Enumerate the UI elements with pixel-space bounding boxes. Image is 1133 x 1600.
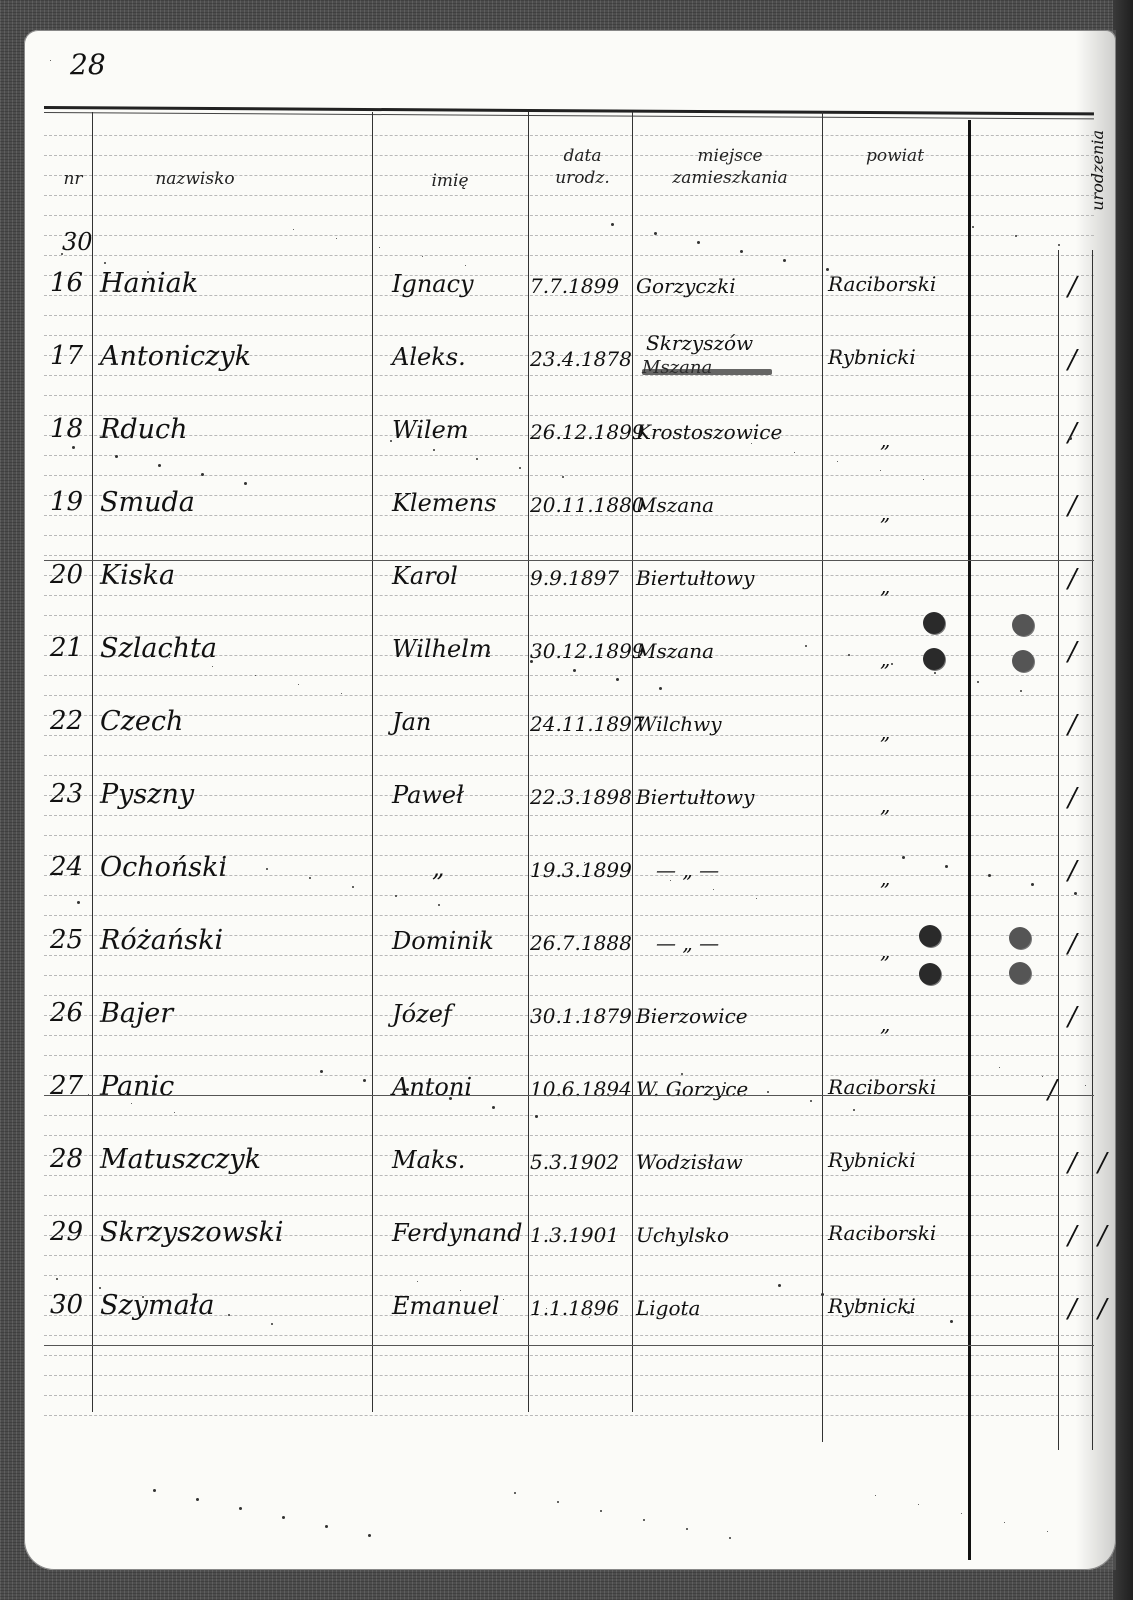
scan-speck	[244, 482, 247, 485]
scan-speck	[368, 1534, 371, 1537]
scan-speck	[659, 687, 662, 690]
cell-residence: Ligota	[636, 1296, 700, 1320]
ruled-line	[44, 215, 1094, 216]
cell-surname: Szlachta	[100, 633, 217, 664]
scan-speck	[557, 1501, 559, 1503]
scan-speck	[158, 464, 161, 467]
scan-speck	[147, 271, 149, 273]
punch-hole	[919, 963, 941, 985]
column-divider-nr	[92, 112, 93, 1412]
cell-given-name: Emanuel	[392, 1292, 499, 1320]
punch-hole	[919, 925, 941, 947]
cell-given-name: Wilem	[392, 416, 469, 444]
cell-surname: Skrzyszowski	[100, 1217, 284, 1248]
scan-speck	[1020, 690, 1022, 692]
scan-speck	[1047, 1531, 1048, 1532]
ruled-line	[44, 255, 1094, 256]
ruled-line	[44, 535, 1094, 536]
row-number: 23	[50, 779, 83, 809]
cell-birth-date: 30.1.1879	[530, 1004, 632, 1028]
ruled-line	[44, 695, 1094, 696]
scan-speck	[616, 678, 619, 681]
scan-speck	[783, 259, 786, 262]
column-divider-extra1	[1058, 250, 1059, 1450]
scan-speck	[562, 476, 564, 478]
scan-speck	[417, 1281, 418, 1282]
scan-speck	[309, 877, 311, 879]
ruled-line	[44, 915, 1094, 916]
ruled-line	[44, 1215, 1094, 1216]
scan-speck	[751, 443, 752, 444]
scan-speck	[589, 1317, 590, 1318]
cell-count: /	[1068, 491, 1077, 521]
scan-speck	[1069, 437, 1072, 440]
ruled-line	[44, 375, 1094, 376]
scan-speck	[438, 904, 440, 906]
column-header-given-name: imię	[395, 170, 505, 192]
cell-given-name: Aleks.	[392, 343, 466, 371]
column-divider-surname	[372, 112, 373, 1412]
cell-surname: Szymała	[100, 1290, 215, 1321]
cell-given-name: Antoni	[392, 1073, 472, 1101]
cell-count: /	[1068, 637, 1077, 667]
row-number: 20	[50, 560, 83, 590]
cell-county: Raciborski	[828, 1221, 936, 1245]
cell-residence: — „ —	[656, 931, 719, 955]
cell-residence: Gorzyczki	[636, 274, 736, 298]
cell-county: Raciborski	[828, 272, 936, 296]
column-header-nr: nr	[55, 168, 91, 190]
cell-birth-date: 24.11.1897	[530, 712, 645, 736]
ruled-line	[44, 995, 1094, 996]
scan-speck	[670, 880, 671, 881]
cell-surname: Panic	[100, 1071, 174, 1102]
ruled-line	[44, 335, 1094, 336]
scan-speck	[1042, 1076, 1043, 1077]
ruled-line	[44, 1075, 1094, 1076]
scan-speck	[697, 241, 700, 244]
scan-speck	[379, 247, 380, 248]
ruled-line	[44, 1135, 1094, 1136]
scan-speck	[196, 1498, 199, 1501]
column-header-residence-line2: zamieszkania	[640, 167, 820, 189]
scan-speck	[201, 473, 204, 476]
cell-count: /	[1068, 856, 1077, 886]
cell-county: „	[880, 647, 890, 671]
ruled-line	[44, 1375, 1094, 1376]
scan-speck	[153, 1489, 156, 1492]
scan-speck	[422, 256, 423, 257]
cell-count-secondary: /	[1098, 1148, 1107, 1178]
cell-given-name: Jan	[392, 708, 431, 736]
ruled-line	[44, 1355, 1094, 1356]
scan-speck	[778, 1284, 781, 1287]
row-number: 24	[50, 852, 83, 882]
ruled-line	[44, 815, 1094, 816]
ruled-line	[44, 235, 1094, 236]
strikethrough	[642, 369, 772, 375]
cell-count: /	[1068, 1294, 1077, 1324]
scan-speck	[950, 1320, 953, 1323]
cell-surname: Różański	[100, 925, 223, 956]
scan-speck	[503, 1299, 504, 1300]
cell-given-name: Maks.	[392, 1146, 465, 1174]
scan-speck	[212, 666, 213, 667]
cell-birth-date: 1.1.1896	[530, 1296, 619, 1320]
row-number: 29	[50, 1217, 83, 1247]
row-number: 26	[50, 998, 83, 1028]
scan-speck	[1074, 892, 1077, 895]
cell-residence: Mszana	[636, 639, 714, 663]
scan-speck	[298, 684, 299, 685]
column-divider-birth-date	[632, 112, 633, 1412]
scan-speck	[1058, 244, 1060, 246]
scan-speck	[767, 1091, 769, 1093]
scan-speck	[530, 660, 533, 663]
scan-speck	[627, 871, 628, 872]
cell-county: „	[880, 866, 890, 890]
cell-residence: Mszana	[636, 493, 714, 517]
ruled-line	[44, 675, 1094, 676]
cell-county: „	[880, 501, 890, 525]
scan-speck	[465, 265, 466, 266]
cell-residence: W. Gorzyce	[636, 1077, 748, 1101]
cell-county: „	[880, 939, 890, 963]
ruled-line	[44, 1335, 1094, 1336]
column-header-residence: miejsce zamieszkania	[640, 145, 820, 189]
cell-residence: Bierzowice	[636, 1004, 748, 1028]
scan-speck	[880, 470, 881, 471]
cell-county: „	[880, 793, 890, 817]
cell-count: /	[1068, 929, 1077, 959]
scan-speck	[336, 238, 337, 239]
cell-surname: Ochoński	[100, 852, 227, 883]
scan-speck	[169, 657, 170, 658]
cell-surname: Antoniczyk	[100, 341, 251, 372]
ruled-line	[44, 755, 1094, 756]
scan-speck	[239, 1507, 242, 1510]
scan-speck	[848, 654, 850, 656]
scan-speck	[77, 901, 80, 904]
cell-birth-date: 22.3.1898	[530, 785, 632, 809]
cell-count: /	[1068, 1148, 1077, 1178]
scan-speck	[864, 1302, 867, 1305]
scan-speck	[282, 1516, 285, 1519]
cell-birth-date: 10.6.1894	[530, 1077, 632, 1101]
cell-residence: Biertułtowy	[636, 785, 754, 809]
cell-birth-date: 7.7.1899	[530, 274, 619, 298]
ruled-line	[44, 595, 1094, 596]
ruled-line	[44, 775, 1094, 776]
cell-count: /	[1068, 783, 1077, 813]
ruled-line	[44, 1395, 1094, 1396]
scan-speck	[1004, 1522, 1005, 1523]
cell-birth-date: 30.12.1899	[530, 639, 645, 663]
scan-speck	[519, 467, 521, 469]
scan-speck	[923, 479, 924, 480]
row-number: 21	[50, 633, 83, 663]
cell-count-secondary: /	[1098, 1294, 1107, 1324]
scan-speck	[142, 1296, 144, 1298]
scan-speck	[907, 1311, 910, 1314]
ruled-line	[44, 135, 1094, 136]
cell-residence: Skrzyszów	[646, 331, 753, 355]
scan-speck	[449, 1097, 452, 1100]
cell-county: Rybnicki	[828, 1294, 916, 1318]
ruled-line	[44, 835, 1094, 836]
scan-speck	[724, 1082, 726, 1084]
scan-speck	[821, 1293, 824, 1296]
cell-count: /	[1048, 1075, 1057, 1105]
scan-speck	[977, 681, 979, 683]
scan-speck	[740, 250, 743, 253]
scan-speck	[115, 455, 118, 458]
ruled-line	[44, 195, 1094, 196]
column-divider-residence	[822, 112, 823, 1442]
cell-surname: Pyszny	[100, 779, 194, 810]
cell-surname: Matuszczyk	[100, 1144, 261, 1175]
scan-speck	[729, 1537, 731, 1539]
cell-birth-date: 23.4.1878	[530, 347, 632, 371]
cell-birth-date: 9.9.1897	[530, 566, 619, 590]
row-number: 28	[50, 1144, 83, 1174]
column-divider-given-name	[528, 112, 529, 1412]
scan-speck	[223, 859, 225, 861]
scan-speck	[945, 865, 948, 868]
scan-speck	[826, 268, 829, 271]
scan-speck	[643, 1519, 645, 1521]
ruled-line	[44, 1275, 1094, 1276]
cell-residence: Wodzisław	[636, 1150, 743, 1174]
scan-speck	[460, 1290, 461, 1291]
cell-given-name: Wilhelm	[392, 635, 492, 663]
column-header-county: powiat	[830, 145, 960, 167]
scan-speck	[56, 1278, 58, 1280]
scan-speck	[185, 1305, 187, 1307]
page-number: 28	[70, 48, 106, 81]
column-header-residence-line1: miejsce	[640, 145, 820, 167]
scan-speck	[573, 669, 576, 672]
ruled-line	[44, 315, 1094, 316]
scan-speck	[611, 223, 614, 226]
scan-speck	[1085, 1085, 1086, 1086]
cell-given-name: „	[432, 854, 444, 882]
scan-speck	[293, 229, 294, 230]
ruled-line	[44, 895, 1094, 896]
scan-speck	[341, 693, 342, 694]
scan-speck	[681, 1073, 683, 1075]
scan-speck	[487, 651, 490, 654]
scan-speck	[325, 1525, 328, 1528]
cell-residence: — „ —	[656, 858, 719, 882]
scan-speck	[988, 874, 991, 877]
cell-surname: Kiska	[100, 560, 175, 591]
cell-birth-date: 20.11.1880	[530, 493, 645, 517]
cell-count: /	[1068, 710, 1077, 740]
cell-surname: Haniak	[100, 268, 198, 299]
scan-speck	[126, 648, 127, 649]
column-header-surname: nazwisko	[110, 168, 280, 190]
column-divider-county	[968, 120, 971, 1560]
scan-speck	[805, 645, 807, 647]
ruled-line	[44, 555, 1094, 556]
scan-speck	[708, 434, 709, 435]
section-marker: 30	[62, 228, 93, 256]
punch-hole	[1012, 614, 1034, 636]
scan-speck	[492, 1106, 495, 1109]
scan-speck	[853, 1109, 855, 1111]
row-number: 18	[50, 414, 83, 444]
scan-speck	[961, 1513, 962, 1514]
scan-speck	[686, 1528, 688, 1530]
column-divider-extra2	[1092, 250, 1093, 1450]
cell-surname: Czech	[100, 706, 183, 737]
scan-speck	[395, 895, 397, 897]
cell-count-secondary: /	[1098, 1221, 1107, 1251]
scan-speck	[584, 862, 585, 863]
scan-speck	[228, 1314, 230, 1316]
row-number: 22	[50, 706, 83, 736]
punch-hole	[1009, 927, 1031, 949]
cell-county: „	[880, 720, 890, 744]
column-header-birth-date: data urodz.	[535, 145, 630, 189]
ruled-line	[44, 455, 1094, 456]
cell-count: /	[1068, 564, 1077, 594]
scan-speck	[756, 898, 757, 899]
scan-speck	[934, 672, 936, 674]
scan-speck	[600, 1510, 602, 1512]
ruled-line	[44, 1055, 1094, 1056]
scan-speck	[1031, 883, 1034, 886]
punch-hole	[923, 612, 945, 634]
scan-speck	[390, 440, 392, 442]
cell-given-name: Ignacy	[392, 270, 474, 298]
cell-count: /	[1068, 272, 1077, 302]
scan-speck	[320, 1070, 323, 1073]
ruled-line	[44, 415, 1094, 416]
ruled-line	[44, 1175, 1094, 1176]
cell-birth-date: 5.3.1902	[530, 1150, 619, 1174]
scan-speck	[476, 458, 478, 460]
punch-hole	[1009, 962, 1031, 984]
scan-speck	[1015, 235, 1017, 237]
scan-speck	[546, 1308, 547, 1309]
scan-speck	[271, 1323, 273, 1325]
scan-speck	[433, 449, 435, 451]
cell-given-name: Ferdynand	[392, 1219, 523, 1247]
scan-speck	[713, 889, 714, 890]
cell-residence: Biertułtowy	[636, 566, 754, 590]
punch-hole	[1012, 650, 1034, 672]
cell-county: „	[880, 1012, 890, 1036]
punch-hole	[923, 648, 945, 670]
scan-speck	[654, 232, 657, 235]
scan-speck	[131, 1103, 132, 1104]
cell-given-name: Józef	[392, 1000, 452, 1028]
cell-given-name: Karol	[392, 562, 458, 590]
ruled-line	[44, 395, 1094, 396]
section-rule	[44, 560, 1094, 561]
cell-given-name: Paweł	[392, 781, 464, 809]
ruled-line	[44, 1195, 1094, 1196]
scan-speck	[50, 60, 51, 61]
cell-surname: Bajer	[100, 998, 173, 1029]
scan-speck	[902, 856, 905, 859]
cell-given-name: Klemens	[392, 489, 497, 517]
scan-speck	[632, 1326, 633, 1327]
cell-surname: Smuda	[100, 487, 195, 518]
cell-county: „	[880, 574, 890, 598]
scan-speck	[891, 663, 893, 665]
scan-speck	[406, 1088, 409, 1091]
scan-speck	[61, 253, 63, 255]
ruled-line	[44, 1115, 1094, 1116]
column-header-edge: urodzenia	[1088, 130, 1107, 211]
ruled-line	[44, 1415, 1094, 1416]
scan-speck	[72, 446, 75, 449]
cell-surname: Rduch	[100, 414, 188, 445]
cell-residence: Wilchwy	[636, 712, 722, 736]
scan-speck	[255, 675, 256, 676]
cell-residence: Krostoszowice	[636, 420, 782, 444]
scan-speck	[999, 1067, 1000, 1068]
scan-speck	[88, 1094, 89, 1095]
scan-speck	[794, 452, 795, 453]
scan-speck	[810, 1100, 812, 1102]
scan-speck	[104, 262, 106, 264]
cell-count: /	[1068, 1221, 1077, 1251]
scan-speck	[352, 886, 354, 888]
scan-speck	[99, 1287, 101, 1289]
scan-speck	[266, 868, 268, 870]
cell-count: /	[1068, 418, 1077, 448]
cell-count: /	[1068, 1002, 1077, 1032]
row-number: 17	[50, 341, 83, 371]
cell-county: Rybnicki	[828, 345, 916, 369]
scan-edge-shadow	[1113, 0, 1133, 1600]
row-number: 30	[50, 1290, 83, 1320]
scan-speck	[972, 226, 974, 228]
cell-county: „	[880, 428, 890, 452]
column-header-birth-date-line1: data	[535, 145, 630, 167]
table-bottom-rule	[44, 1345, 1094, 1346]
column-header-birth-date-line2: urodz.	[535, 167, 630, 189]
cell-birth-date: 26.12.1899	[530, 420, 645, 444]
section-rule	[44, 1095, 1094, 1096]
scan-speck	[918, 1504, 919, 1505]
cell-residence: Uchylsko	[636, 1223, 729, 1247]
scan-speck	[535, 1115, 538, 1118]
scan-speck	[875, 1495, 876, 1496]
ruled-line	[44, 1255, 1094, 1256]
scan-speck	[837, 461, 838, 462]
row-number: 16	[50, 268, 83, 298]
cell-birth-date: 26.7.1888	[530, 931, 632, 955]
scan-speck	[174, 1112, 175, 1113]
cell-count: /	[1068, 345, 1077, 375]
cell-birth-date: 1.3.1901	[530, 1223, 619, 1247]
row-number: 27	[50, 1071, 83, 1101]
cell-county: Rybnicki	[828, 1148, 916, 1172]
row-number: 19	[50, 487, 83, 517]
ruled-line	[44, 1035, 1094, 1036]
cell-given-name: Dominik	[392, 927, 494, 955]
cell-birth-date: 19.3.1899	[530, 858, 632, 882]
row-number: 25	[50, 925, 83, 955]
scan-speck	[514, 1492, 516, 1494]
scan-speck	[363, 1079, 366, 1082]
